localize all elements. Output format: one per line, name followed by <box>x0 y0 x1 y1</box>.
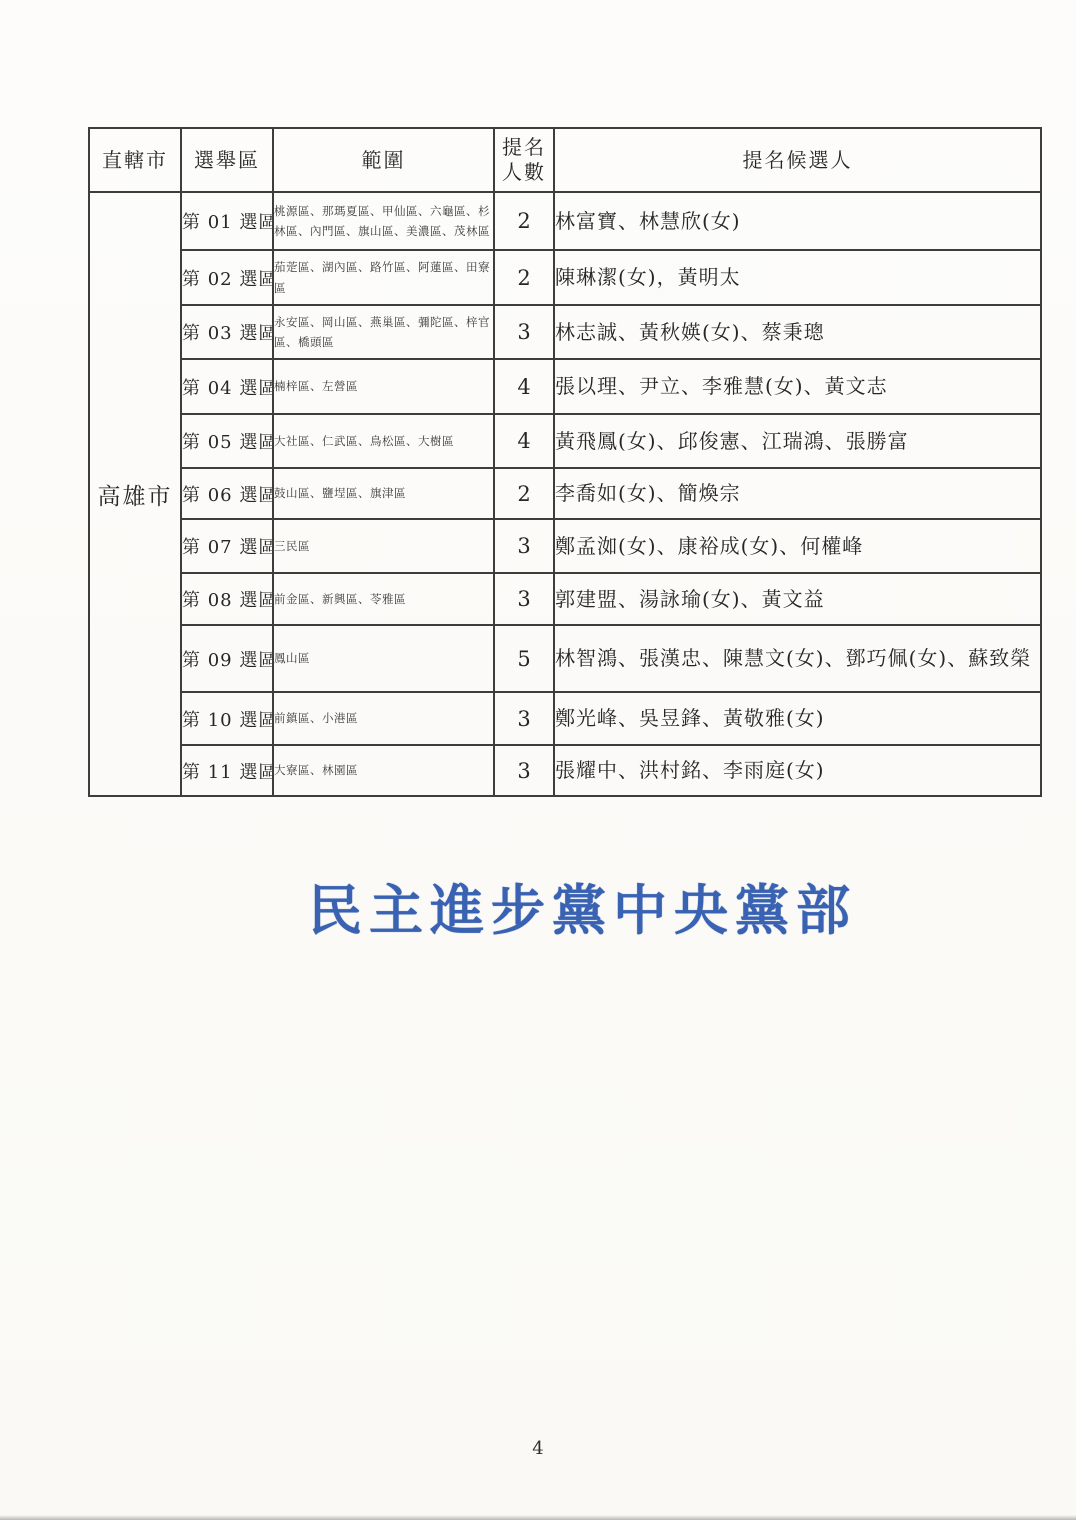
table-row: 第 08 選區 前金區、新興區、苓雅區 3 郭建盟、湯詠瑜(女)、黃文益 <box>89 573 1041 625</box>
scope-cell: 大寮區、林園區 <box>273 745 494 796</box>
nominees-cell: 陳琳潔(女)，黃明太 <box>554 250 1041 305</box>
table-row: 第 02 選區 茄萣區、湖內區、路竹區、阿蓮區、田寮區 2 陳琳潔(女)，黃明太 <box>89 250 1041 305</box>
table-row: 第 06 選區 鼓山區、鹽埕區、旗津區 2 李喬如(女)、簡煥宗 <box>89 468 1041 519</box>
scope-cell: 鳳山區 <box>273 625 494 692</box>
header-district: 選舉區 <box>181 128 273 192</box>
count-cell: 3 <box>494 745 554 796</box>
district-cell: 第 03 選區 <box>181 305 273 359</box>
nominees-cell: 張耀中、洪村銘、李雨庭(女) <box>554 745 1041 796</box>
nomination-table: 直轄市 選舉區 範圍 提名人數 提名候選人 高雄市 第 01 選區 桃源區、那瑪… <box>88 127 1042 797</box>
nominees-cell: 郭建盟、湯詠瑜(女)、黃文益 <box>554 573 1041 625</box>
table-row: 第 11 選區 大寮區、林園區 3 張耀中、洪村銘、李雨庭(女) <box>89 745 1041 796</box>
scope-cell: 茄萣區、湖內區、路竹區、阿蓮區、田寮區 <box>273 250 494 305</box>
nominees-cell: 林志誠、黃秋媖(女)、蔡秉璁 <box>554 305 1041 359</box>
nominees-cell: 李喬如(女)、簡煥宗 <box>554 468 1041 519</box>
header-scope: 範圍 <box>273 128 494 192</box>
scanner-edge-artifact <box>0 1515 1076 1520</box>
count-cell: 2 <box>494 468 554 519</box>
count-cell: 4 <box>494 414 554 468</box>
district-cell: 第 11 選區 <box>181 745 273 796</box>
count-cell: 3 <box>494 692 554 745</box>
document-page: 直轄市 選舉區 範圍 提名人數 提名候選人 高雄市 第 01 選區 桃源區、那瑪… <box>0 0 1076 1520</box>
table-row: 第 03 選區 永安區、岡山區、燕巢區、彌陀區、梓官區、橋頭區 3 林志誠、黃秋… <box>89 305 1041 359</box>
scope-cell: 前金區、新興區、苓雅區 <box>273 573 494 625</box>
nominees-cell: 黃飛鳳(女)、邱俊憲、江瑞鴻、張勝富 <box>554 414 1041 468</box>
count-cell: 4 <box>494 359 554 414</box>
scope-cell: 大社區、仁武區、鳥松區、大樹區 <box>273 414 494 468</box>
page-number: 4 <box>0 1438 1076 1459</box>
district-cell: 第 05 選區 <box>181 414 273 468</box>
scope-cell: 前鎮區、小港區 <box>273 692 494 745</box>
district-cell: 第 04 選區 <box>181 359 273 414</box>
scope-cell: 桃源區、那瑪夏區、甲仙區、六龜區、杉林區、內門區、旗山區、美濃區、茂林區 <box>273 192 494 250</box>
scope-cell: 永安區、岡山區、燕巢區、彌陀區、梓官區、橋頭區 <box>273 305 494 359</box>
scope-cell: 鼓山區、鹽埕區、旗津區 <box>273 468 494 519</box>
nominees-cell: 林智鴻、張漢忠、陳慧文(女)、鄧巧佩(女)、蘇致榮 <box>554 625 1041 692</box>
district-cell: 第 08 選區 <box>181 573 273 625</box>
district-cell: 第 07 選區 <box>181 519 273 573</box>
party-stamp: 民主進步黨中央黨部 <box>308 868 808 945</box>
nominees-cell: 鄭孟洳(女)、康裕成(女)、何權峰 <box>554 519 1041 573</box>
header-municipality: 直轄市 <box>89 128 181 192</box>
district-cell: 第 06 選區 <box>181 468 273 519</box>
scope-cell: 三民區 <box>273 519 494 573</box>
header-nominee-count: 提名人數 <box>494 128 554 192</box>
district-cell: 第 09 選區 <box>181 625 273 692</box>
table-row: 高雄市 第 01 選區 桃源區、那瑪夏區、甲仙區、六龜區、杉林區、內門區、旗山區… <box>89 192 1041 250</box>
table-row: 第 05 選區 大社區、仁武區、鳥松區、大樹區 4 黃飛鳳(女)、邱俊憲、江瑞鴻… <box>89 414 1041 468</box>
district-cell: 第 10 選區 <box>181 692 273 745</box>
table-row: 第 04 選區 楠梓區、左營區 4 張以理、尹立、李雅慧(女)、黃文志 <box>89 359 1041 414</box>
count-cell: 3 <box>494 573 554 625</box>
nominees-cell: 鄭光峰、吳昱鋒、黃敬雅(女) <box>554 692 1041 745</box>
count-cell: 5 <box>494 625 554 692</box>
header-nominees: 提名候選人 <box>554 128 1041 192</box>
count-cell: 3 <box>494 519 554 573</box>
count-cell: 2 <box>494 192 554 250</box>
municipality-cell: 高雄市 <box>89 192 181 796</box>
count-cell: 3 <box>494 305 554 359</box>
district-cell: 第 01 選區 <box>181 192 273 250</box>
table-row: 第 07 選區 三民區 3 鄭孟洳(女)、康裕成(女)、何權峰 <box>89 519 1041 573</box>
table-header-row: 直轄市 選舉區 範圍 提名人數 提名候選人 <box>89 128 1041 192</box>
scope-cell: 楠梓區、左營區 <box>273 359 494 414</box>
table-row: 第 10 選區 前鎮區、小港區 3 鄭光峰、吳昱鋒、黃敬雅(女) <box>89 692 1041 745</box>
nominees-cell: 林富寶、林慧欣(女) <box>554 192 1041 250</box>
nominees-cell: 張以理、尹立、李雅慧(女)、黃文志 <box>554 359 1041 414</box>
district-cell: 第 02 選區 <box>181 250 273 305</box>
table-row: 第 09 選區 鳳山區 5 林智鴻、張漢忠、陳慧文(女)、鄧巧佩(女)、蘇致榮 <box>89 625 1041 692</box>
count-cell: 2 <box>494 250 554 305</box>
